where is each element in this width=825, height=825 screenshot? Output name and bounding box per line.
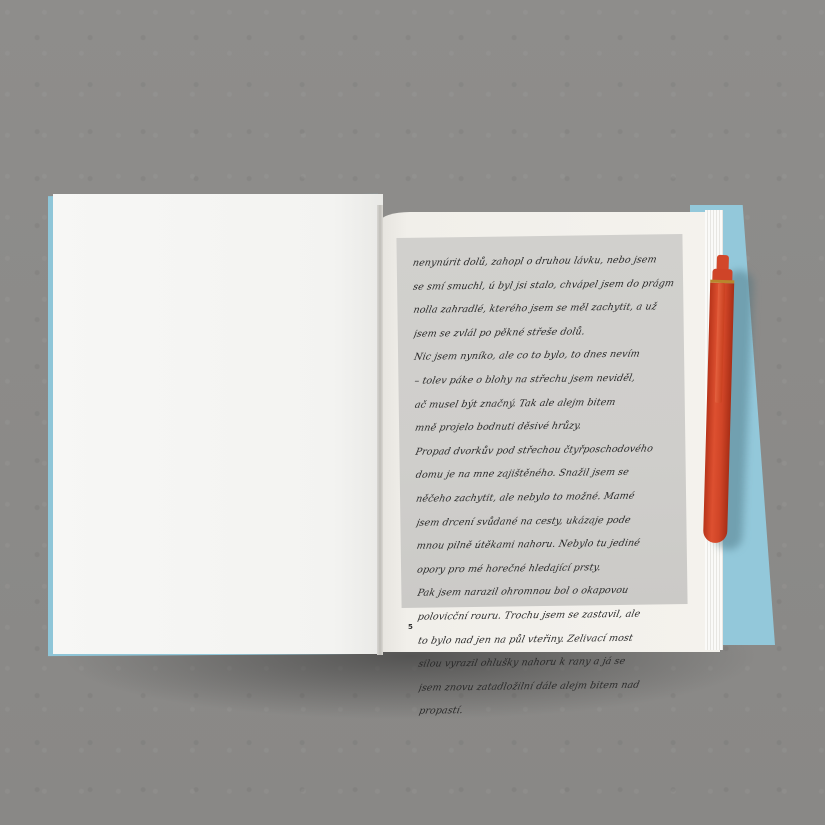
handwriting-line: – tolev páke o blohy na střechu jsem nev… — [412, 366, 677, 393]
page-number: 5 — [408, 623, 413, 631]
handwriting-line: mně projelo bodnuti děsivé hrůzy. — [413, 413, 678, 440]
handwriting-line: propastí. — [417, 696, 682, 723]
handwritten-manuscript-facsimile: nenynúrit dolů, zahopl o druhou lávku, n… — [396, 234, 687, 608]
handwriting-line: domu je na mne zajištěného. Snažil jsem … — [413, 460, 678, 487]
handwriting-line: Pak jsem narazil ohromnou bol o okapovou — [415, 578, 680, 605]
left-page-blank — [53, 194, 383, 654]
handwriting-line: nolla zahradlé, kterého jsem se měl zach… — [411, 295, 676, 322]
handwriting-line: silou vyrazil ohlušky nahoru k rany a já… — [416, 649, 681, 676]
handwriting-line: mnou pilně útěkami nahoru. Nebylo tu jed… — [414, 531, 679, 558]
handwriting-line: nenynúrit dolů, zahopl o druhou lávku, n… — [410, 248, 675, 275]
book-spine — [377, 205, 383, 655]
handwriting-line: něčeho zachytit, ale nebylo to možné. Ma… — [414, 484, 679, 511]
handwriting-line: polovicční rouru. Trochu jsem se zastavi… — [415, 602, 680, 629]
